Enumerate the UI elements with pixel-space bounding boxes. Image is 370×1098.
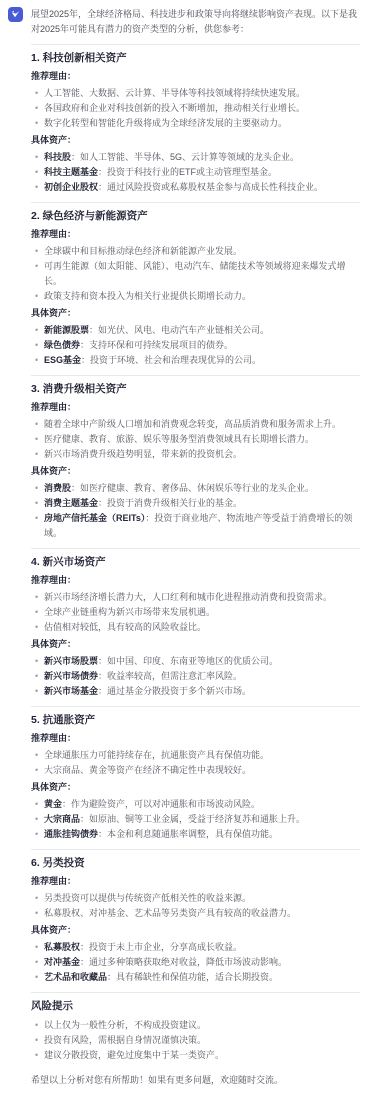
assets-label: 具体资产： [31, 307, 360, 320]
asset-colon: ： [98, 498, 107, 508]
asset-item: ESG基金：投资于环境、社会和治理表现优异的公司。 [44, 353, 360, 368]
risk-title: 风险提示 [31, 1000, 360, 1013]
asset-term: 消费主题基金 [44, 498, 98, 508]
asset-item: 房地产信托基金（REITs）：投资于商业地产、物流地产等受益于消费增长的领域。 [44, 511, 360, 541]
asset-desc: 如人工智能、半导体、5G、云计算等领域的龙头企业。 [80, 152, 299, 162]
reasons-label: 推荐理由： [31, 732, 360, 745]
reason-item: 全球产业链重构为新兴市场带来发展机遇。 [44, 605, 360, 620]
asset-desc: 通过多种策略获取绝对收益，降低市场波动影响。 [89, 957, 287, 967]
intro-text: 展望2025年，全球经济格局、科技进步和政策导向将继续影响资产表现。以下是我对2… [31, 7, 360, 37]
asset-item: 对冲基金：通过多种策略获取绝对收益，降低市场波动影响。 [44, 955, 360, 970]
section-divider [31, 849, 360, 850]
reasons-list: 全球碳中和目标推动绿色经济和新能源产业发展。可再生能源（如太阳能、风能）、电动汽… [31, 244, 360, 304]
asset-colon: ： [98, 686, 107, 696]
asset-term: 新兴市场股票 [44, 656, 98, 666]
asset-colon: ： [89, 325, 98, 335]
asset-item: 大宗商品：如原油、铜等工业金属，受益于经济复苏和通胀上升。 [44, 812, 360, 827]
reason-item: 全球碳中和目标推动绿色经济和新能源产业发展。 [44, 244, 360, 259]
asset-desc: 如光伏、风电、电动汽车产业链相关公司。 [98, 325, 269, 335]
section-divider [31, 44, 360, 45]
section-title: 3. 消费升级相关资产 [31, 383, 360, 396]
reasons-label: 推荐理由： [31, 875, 360, 888]
section-divider [31, 202, 360, 203]
message-content: 展望2025年，全球经济格局、科技进步和政策导向将继续影响资产表现。以下是我对2… [31, 5, 360, 1088]
reasons-label: 推荐理由： [31, 228, 360, 241]
asset-colon: ： [62, 799, 71, 809]
assets-list: 消费股：如医疗健康、教育、奢侈品、休闲娱乐等行业的龙头企业。消费主题基金：投资于… [31, 481, 360, 541]
section-title: 1. 科技创新相关资产 [31, 52, 360, 65]
reason-item: 数字化转型和智能化升级将成为全球经济发展的主要驱动力。 [44, 116, 360, 131]
risk-list: 以上仅为一般性分析，不构成投资建议。投资有风险，需根据自身情况谨慎决策。建议分散… [31, 1018, 360, 1063]
assets-list: 新兴市场股票：如中国、印度、东南亚等地区的优质公司。新兴市场债券：收益率较高，但… [31, 654, 360, 699]
asset-term: ESG基金 [44, 355, 81, 365]
asset-colon: ： [98, 656, 107, 666]
reason-item: 全球通胀压力可能持续存在，抗通胀资产具有保值功能。 [44, 748, 360, 763]
asset-desc: 投资于科技行业的ETF或主动管理型基金。 [107, 167, 277, 177]
assistant-avatar [8, 7, 23, 22]
reasons-label: 推荐理由： [31, 574, 360, 587]
assets-list: 私募股权：投资于未上市企业，分享高成长收益。对冲基金：通过多种策略获取绝对收益，… [31, 940, 360, 985]
assistant-message: 展望2025年，全球经济格局、科技进步和政策导向将继续影响资产表现。以下是我对2… [0, 0, 370, 1098]
assets-label: 具体资产： [31, 465, 360, 478]
reason-item: 新兴市场经济增长潜力大，人口红利和城市化进程推动消费和投资需求。 [44, 590, 360, 605]
asset-colon: ： [80, 957, 89, 967]
asset-desc: 作为避险资产，可以对冲通胀和市场波动风险。 [71, 799, 260, 809]
assets-label: 具体资产： [31, 638, 360, 651]
assets-label: 具体资产： [31, 134, 360, 147]
reason-item: 随着全球中产阶级人口增加和消费观念转变，高品质消费和服务需求上升。 [44, 417, 360, 432]
section-title: 2. 绿色经济与新能源资产 [31, 210, 360, 223]
asset-item: 黄金：作为避险资产，可以对冲通胀和市场波动风险。 [44, 797, 360, 812]
closing-text: 希望以上分析对您有所帮助！如果有更多问题，欢迎随时交流。 [31, 1073, 360, 1088]
asset-term: 初创企业股权 [44, 182, 98, 192]
asset-desc: 具有稀缺性和保值功能，适合长期投资。 [116, 972, 278, 982]
asset-colon: ： [80, 814, 89, 824]
reason-item: 大宗商品、黄金等资产在经济不确定性中表现较好。 [44, 763, 360, 778]
asset-term: 新兴市场基金 [44, 686, 98, 696]
asset-term: 大宗商品 [44, 814, 80, 824]
reason-item: 医疗健康、教育、旅游、娱乐等服务型消费领域具有长期增长潜力。 [44, 432, 360, 447]
assets-label: 具体资产： [31, 924, 360, 937]
asset-desc: 通过风险投资或私募股权基金参与高成长性科技企业。 [107, 182, 323, 192]
asset-term: 黄金 [44, 799, 62, 809]
risk-item: 建议分散投资，避免过度集中于某一类资产。 [44, 1048, 360, 1063]
reason-item: 私募股权、对冲基金、艺术品等另类资产具有较高的收益潜力。 [44, 906, 360, 921]
asset-desc: 如医疗健康、教育、奢侈品、休闲娱乐等行业的龙头企业。 [80, 483, 314, 493]
reasons-list: 另类投资可以提供与传统资产低相关性的收益来源。私募股权、对冲基金、艺术品等另类资… [31, 891, 360, 921]
reason-item: 另类投资可以提供与传统资产低相关性的收益来源。 [44, 891, 360, 906]
assets-list: 科技股：如人工智能、半导体、5G、云计算等领域的龙头企业。科技主题基金：投资于科… [31, 150, 360, 195]
section-divider [31, 706, 360, 707]
asset-desc: 收益率较高，但需注意汇率风险。 [107, 671, 242, 681]
reasons-list: 全球通胀压力可能持续存在，抗通胀资产具有保值功能。大宗商品、黄金等资产在经济不确… [31, 748, 360, 778]
asset-item: 绿色债券：支持环保和可持续发展项目的债券。 [44, 338, 360, 353]
asset-colon: ： [80, 942, 89, 952]
asset-colon: ： [71, 483, 80, 493]
asset-term: 新能源股票 [44, 325, 89, 335]
reasons-list: 新兴市场经济增长潜力大，人口红利和城市化进程推动消费和投资需求。全球产业链重构为… [31, 590, 360, 635]
assets-label: 具体资产： [31, 781, 360, 794]
assets-list: 新能源股票：如光伏、风电、电动汽车产业链相关公司。绿色债券：支持环保和可持续发展… [31, 323, 360, 368]
asset-desc: 如中国、印度、东南亚等地区的优质公司。 [107, 656, 278, 666]
asset-item: 新兴市场债券：收益率较高，但需注意汇率风险。 [44, 669, 360, 684]
asset-term: 消费股 [44, 483, 71, 493]
reason-item: 可再生能源（如太阳能、风能）、电动汽车、储能技术等领域将迎来爆发式增长。 [44, 259, 360, 289]
asset-desc: 投资于未上市企业，分享高成长收益。 [89, 942, 242, 952]
asset-item: 科技主题基金：投资于科技行业的ETF或主动管理型基金。 [44, 165, 360, 180]
asset-term: 科技股 [44, 152, 71, 162]
asset-item: 消费主题基金：投资于消费升级相关行业的基金。 [44, 496, 360, 511]
risk-item: 投资有风险，需根据自身情况谨慎决策。 [44, 1033, 360, 1048]
asset-item: 新能源股票：如光伏、风电、电动汽车产业链相关公司。 [44, 323, 360, 338]
asset-item: 私募股权：投资于未上市企业，分享高成长收益。 [44, 940, 360, 955]
asset-desc: 如原油、铜等工业金属，受益于经济复苏和通胀上升。 [89, 814, 305, 824]
asset-desc: 投资于消费升级相关行业的基金。 [107, 498, 242, 508]
asset-colon: ： [80, 340, 89, 350]
reason-item: 各国政府和企业对科技创新的投入不断增加，推动相关行业增长。 [44, 101, 360, 116]
asset-item: 新兴市场基金：通过基金分散投资于多个新兴市场。 [44, 684, 360, 699]
asset-desc: 支持环保和可持续发展项目的债券。 [89, 340, 233, 350]
asset-colon: ： [81, 355, 90, 365]
asset-term: 新兴市场债券 [44, 671, 98, 681]
asset-colon: ： [98, 167, 107, 177]
risk-item: 以上仅为一般性分析，不构成投资建议。 [44, 1018, 360, 1033]
asset-desc: 本金和利息随通胀率调整，具有保值功能。 [107, 829, 278, 839]
asset-item: 新兴市场股票：如中国、印度、东南亚等地区的优质公司。 [44, 654, 360, 669]
reason-item: 新兴市场消费升级趋势明显，带来新的投资机会。 [44, 447, 360, 462]
asset-term: 通胀挂钩债券 [44, 829, 98, 839]
asset-colon: ： [145, 513, 154, 523]
asset-colon: ： [107, 972, 116, 982]
asset-term: 绿色债券 [44, 340, 80, 350]
asset-colon: ： [98, 671, 107, 681]
asset-term: 对冲基金 [44, 957, 80, 967]
asset-desc: 通过基金分散投资于多个新兴市场。 [107, 686, 251, 696]
asset-term: 科技主题基金 [44, 167, 98, 177]
assets-list: 黄金：作为避险资产，可以对冲通胀和市场波动风险。大宗商品：如原油、铜等工业金属，… [31, 797, 360, 842]
reasons-list: 人工智能、大数据、云计算、半导体等科技领域将持续快速发展。各国政府和企业对科技创… [31, 86, 360, 131]
section-title: 6. 另类投资 [31, 857, 360, 870]
asset-item: 初创企业股权：通过风险投资或私募股权基金参与高成长性科技企业。 [44, 180, 360, 195]
asset-term: 房地产信托基金（REITs） [44, 513, 145, 523]
asset-item: 通胀挂钩债券：本金和利息随通胀率调整，具有保值功能。 [44, 827, 360, 842]
asset-colon: ： [98, 829, 107, 839]
asset-desc: 投资于环境、社会和治理表现优异的公司。 [90, 355, 261, 365]
reasons-list: 随着全球中产阶级人口增加和消费观念转变，高品质消费和服务需求上升。医疗健康、教育… [31, 417, 360, 462]
asset-item: 消费股：如医疗健康、教育、奢侈品、休闲娱乐等行业的龙头企业。 [44, 481, 360, 496]
reason-item: 政策支持和资本投入为相关行业提供长期增长动力。 [44, 289, 360, 304]
asset-term: 艺术品和收藏品 [44, 972, 107, 982]
asset-colon: ： [71, 152, 80, 162]
section-title: 5. 抗通胀资产 [31, 714, 360, 727]
reason-item: 估值相对较低，具有较高的风险收益比。 [44, 620, 360, 635]
section-divider [31, 548, 360, 549]
reasons-label: 推荐理由： [31, 401, 360, 414]
assistant-logo-icon [10, 9, 21, 20]
section-divider [31, 375, 360, 376]
asset-item: 科技股：如人工智能、半导体、5G、云计算等领域的龙头企业。 [44, 150, 360, 165]
section-title: 4. 新兴市场资产 [31, 556, 360, 569]
section-divider [31, 992, 360, 993]
reason-item: 人工智能、大数据、云计算、半导体等科技领域将持续快速发展。 [44, 86, 360, 101]
asset-item: 艺术品和收藏品：具有稀缺性和保值功能，适合长期投资。 [44, 970, 360, 985]
asset-term: 私募股权 [44, 942, 80, 952]
asset-colon: ： [98, 182, 107, 192]
reasons-label: 推荐理由： [31, 70, 360, 83]
